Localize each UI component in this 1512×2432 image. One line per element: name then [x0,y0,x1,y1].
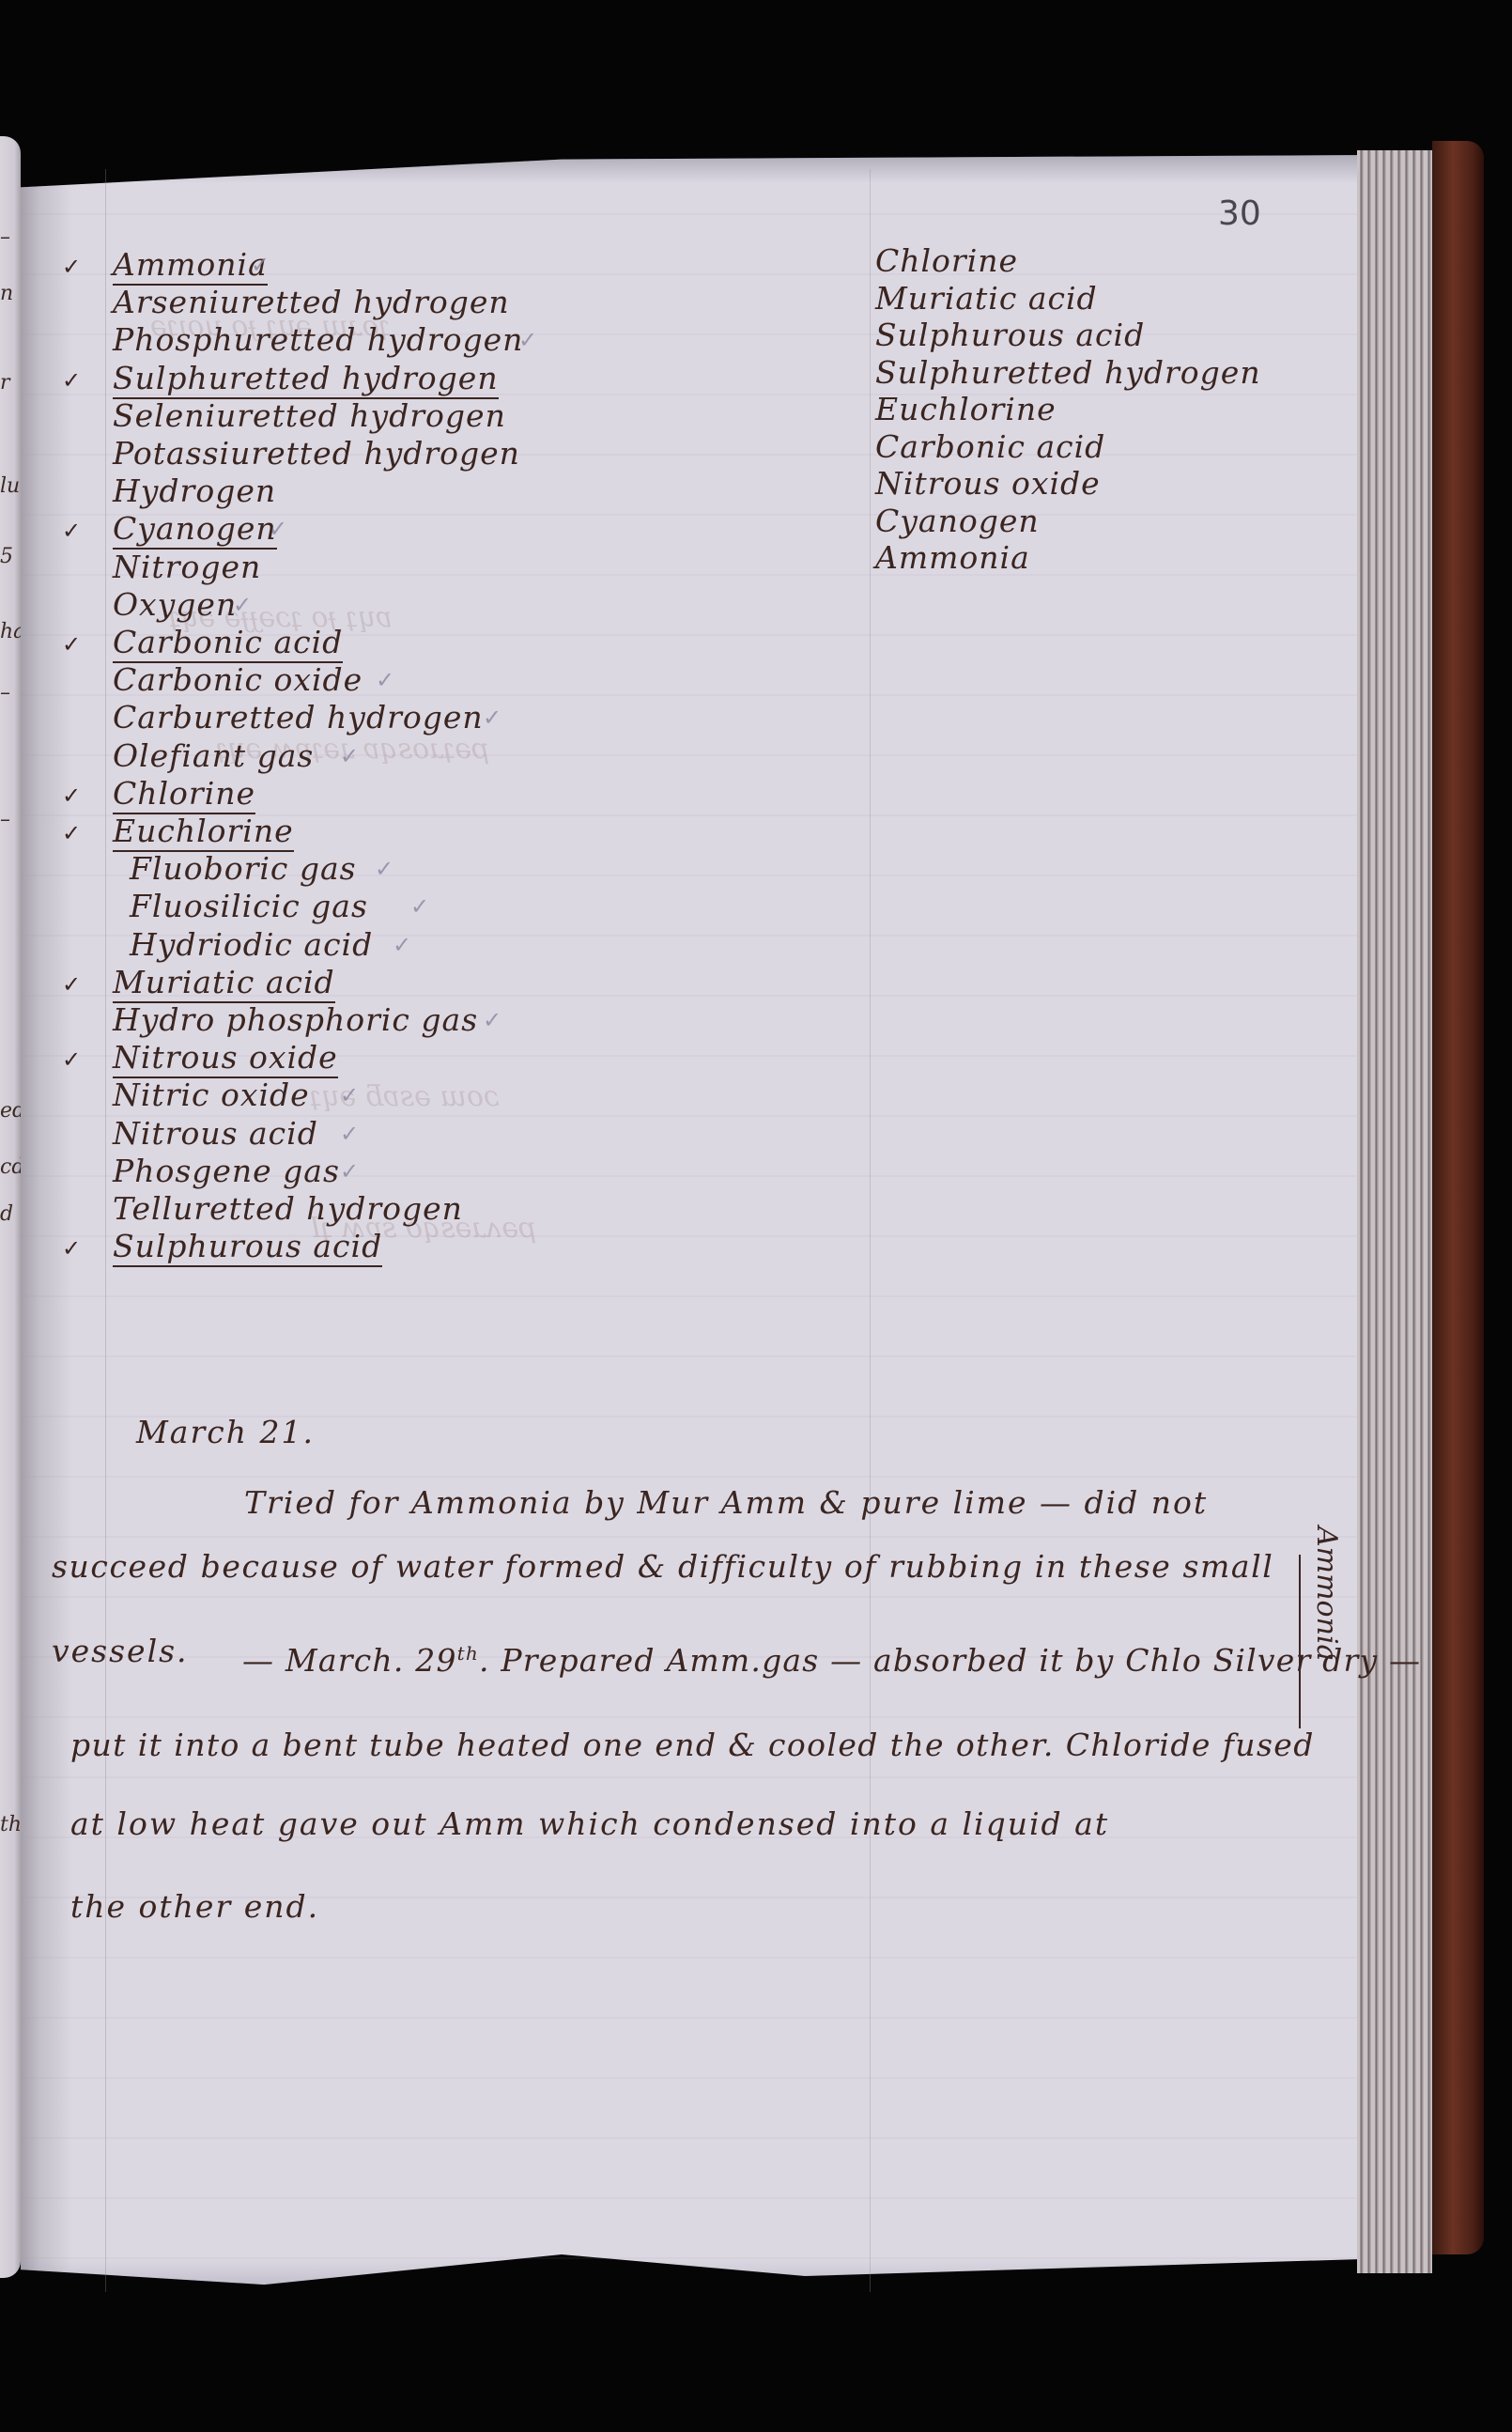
leather-cover [1432,141,1484,2254]
entry-line-2: succeed because of water formed & diffic… [52,1548,1273,1585]
entry-line-4-rest: . Prepared Amm.gas — absorbed it by Chlo… [479,1642,1421,1679]
margin-rule [105,169,106,2292]
left-page-fragment: th [0,1813,22,1836]
gas-item: Nitrous acid [113,1115,318,1152]
gas-item: Fluoboric gas [130,850,357,887]
entry-line-4: — March. 29th. Prepared Amm.gas — absorb… [242,1642,1421,1679]
left-page-fragment: – [0,808,10,831]
faint-check-mark-icon: ✓ [233,592,252,618]
gas-item: Carburetted hydrogen [113,699,484,736]
page-number: 30 [1218,194,1261,233]
gas-item: Sulphuretted hydrogen [113,360,499,399]
left-page-text-fragments: –nrlu5hav––edcddth [0,0,21,2432]
faint-check-mark-icon: ✓ [410,893,429,920]
gas-item: Sulphurous acid [113,1228,382,1267]
gas-item-right: Carbonic acid [875,428,1105,465]
faint-check-mark-icon: ✓ [393,932,411,958]
gas-item-right: Muriatic acid [875,280,1098,317]
check-mark-icon: ✓ [62,782,81,809]
gas-item: Nitrogen [113,549,261,585]
ordinal-suffix: th [457,1642,479,1665]
gas-item: Carbonic acid [113,624,343,663]
left-page-fragment: – [0,225,10,249]
check-mark-icon: ✓ [62,971,81,998]
faint-check-mark-icon: ✓ [375,856,393,882]
check-mark-icon: ✓ [62,631,81,658]
gas-item: Phosgene gas [113,1153,340,1189]
gas-item: Oxygen [113,586,237,623]
entry-line-5: put it into a bent tube heated one end &… [70,1727,1315,1763]
gas-item: Nitric oxide [113,1077,310,1113]
gas-item: Hydriodic acid [130,926,373,963]
gas-item: Fluosilicic gas [130,888,368,924]
march-29-date: — March. 29 [242,1642,457,1679]
check-mark-icon: ✓ [62,1046,81,1073]
gas-item: Arseniuretted hydrogen [113,284,510,320]
check-mark-icon: ✓ [62,367,81,394]
check-mark-icon: ✓ [62,1235,81,1262]
gas-item-right: Sulphurous acid [875,317,1145,353]
faint-check-mark-icon: ✓ [340,1082,359,1108]
faint-check-mark-icon: ✓ [340,1158,359,1185]
faint-check-mark-icon: ✓ [483,1007,501,1033]
left-page-fragment: n [0,282,13,305]
gas-item: Telluretted hydrogen [113,1190,463,1227]
check-mark-icon: ✓ [62,254,81,280]
gas-item-right: Euchlorine [875,391,1057,427]
gas-item-right: Cyanogen [875,503,1040,539]
gas-item: Euchlorine [113,813,294,852]
gas-item: Muriatic acid [113,964,335,1003]
gas-item-right: Chlorine [875,242,1018,279]
gas-item: Chlorine [113,775,255,814]
entry-line-6: at low heat gave out Amm which condensed… [70,1805,1109,1842]
left-page-fragment: – [0,681,10,705]
left-page-fragment: r [0,371,10,395]
check-mark-icon: ✓ [62,518,81,544]
gas-item: Cyanogen [113,510,277,550]
left-page-fragment: 5 [0,545,13,568]
entry-line-7: the other end. [70,1888,319,1925]
faint-check-mark-icon: ✓ [518,327,537,353]
faint-check-mark-icon: ✓ [340,743,359,769]
faint-check-mark-icon: ✓ [269,516,287,542]
left-page-fragment: lu [0,474,20,498]
gas-item: Phosphuretted hydrogen [113,321,523,358]
gas-item: Ammonia [113,246,268,286]
entry-date: March 21. [136,1414,315,1450]
faint-check-mark-icon: ✓ [483,705,501,731]
check-mark-icon: ✓ [62,820,81,846]
gas-item: Hydro phosphoric gas [113,1001,478,1038]
gas-item: Olefiant gas [113,737,314,774]
faint-check-mark-icon: ✓ [376,667,394,693]
margin-bracket [1299,1555,1301,1728]
gas-item-right: Ammonia [875,539,1030,576]
gas-item-right: Nitrous oxide [875,465,1101,502]
entry-line-3: vessels. [52,1633,189,1669]
gas-item-right: Sulphuretted hydrogen [875,354,1261,391]
gas-item: Seleniuretted hydrogen [113,397,506,434]
gas-item: Potassiuretted hydrogen [113,435,520,472]
center-fold-crease [870,169,871,2292]
faint-check-mark-icon: ✓ [251,252,270,278]
page-edges-stack [1357,150,1432,2273]
gas-item: Nitrous oxide [113,1039,338,1078]
left-page-fragment: d [0,1202,13,1226]
margin-note-ammonia: Ammonia [1310,1526,1343,1661]
gas-item: Carbonic oxide [113,661,363,698]
gas-item: Hydrogen [113,472,276,509]
entry-line-1: Tried for Ammonia by Mur Amm & pure lime… [244,1484,1208,1521]
faint-check-mark-icon: ✓ [340,1121,359,1147]
